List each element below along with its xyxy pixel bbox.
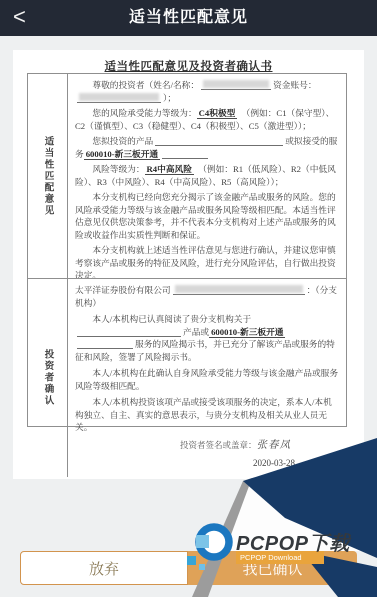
paragraph-independent-decision: 本人/本机构投资该项产品或接受该项服务的决定，系本人/本机构独立、自主、真实的意… bbox=[75, 396, 339, 434]
paragraph-self-confirm: 本人/本机构在此确认自身风险承受能力等级与该金融产品或服务风险等级相匹配。 bbox=[75, 367, 339, 392]
service-blank-2 bbox=[77, 338, 133, 349]
page-title: 适当性匹配意见 bbox=[0, 0, 377, 36]
section1-content: 尊敬的投资者（姓名/名称：资金账号：）； 您的风险承受能力等级为：C4积极型 （… bbox=[68, 74, 346, 278]
paragraph-product-risk: 风险等级为：R4中高风险 （例如：R1（低风险）、R2（中低风险）、R3（中风险… bbox=[75, 163, 339, 188]
risk-tolerance-value: C4积极型 bbox=[197, 108, 238, 119]
text-segment: 太平洋证券股份有限公司 bbox=[75, 285, 171, 295]
redacted-account-blank bbox=[77, 92, 161, 103]
section2-content: 太平洋证券股份有限公司：（分支机构） 本人/本机构已认真阅读了贵分支机构关于产品… bbox=[68, 279, 346, 477]
document-card: 适当性匹配意见及投资者确认书 适当性匹配意见 尊敬的投资者（姓名/名称：资金账号… bbox=[13, 50, 364, 479]
back-icon[interactable]: < bbox=[13, 0, 26, 36]
section-investor-confirm: 投资者确认 太平洋证券股份有限公司：（分支机构） 本人/本机构已认真阅读了贵分支… bbox=[28, 279, 346, 477]
text-segment: 您的风险承受能力等级为： bbox=[92, 108, 196, 118]
top-bar: < 适当性匹配意见 bbox=[0, 0, 377, 36]
section-matching-opinion: 适当性匹配意见 尊敬的投资者（姓名/名称：资金账号：）； 您的风险承受能力等级为… bbox=[28, 74, 346, 279]
footer-button-bar: 放弃 我已确认 bbox=[20, 551, 357, 585]
signature-line: 投资者签名或盖章：张春凤 bbox=[75, 438, 339, 453]
text-segment: 尊敬的投资者（姓名/名称： bbox=[92, 80, 199, 90]
service-blank bbox=[162, 148, 208, 159]
text-segment: 风险等级为： bbox=[92, 164, 144, 174]
confirm-button[interactable]: 我已确认 bbox=[188, 551, 357, 585]
text-segment: 资金账号： bbox=[273, 80, 316, 90]
text-segment: ）； bbox=[163, 93, 176, 103]
signature-label: 投资者签名或盖章： bbox=[180, 440, 257, 450]
about-blank bbox=[77, 326, 181, 337]
paragraph-investor: 尊敬的投资者（姓名/名称：资金账号：）； bbox=[75, 79, 339, 104]
section2-label-cell: 投资者确认 bbox=[28, 279, 68, 477]
abandon-button[interactable]: 放弃 bbox=[20, 551, 188, 585]
paragraph-read-disclosure: 本人/本机构已认真阅读了贵分支机构关于产品或600010-新三板开通服务的风险揭… bbox=[75, 313, 339, 363]
paragraph-product: 您拟投资的产品或拟接受的服务600010-新三板开通 bbox=[75, 135, 339, 160]
paragraph-risk-level: 您的风险承受能力等级为：C4积极型 （例如：C1（保守型）、C2（谨慎型）、C3… bbox=[75, 107, 339, 132]
text-segment: 本人/本机构已认真阅读了贵分支机构关于 bbox=[92, 314, 251, 324]
document-title: 适当性匹配意见及投资者确认书 bbox=[13, 58, 364, 74]
paragraph-disclosure: 本分支机构已经向您充分揭示了该金融产品或服务的风险。您的风险承受能力等级与该金融… bbox=[75, 191, 339, 241]
text-segment: 产品或 bbox=[183, 327, 209, 337]
document-table: 适当性匹配意见 尊敬的投资者（姓名/名称：资金账号：）； 您的风险承受能力等级为… bbox=[27, 73, 347, 427]
product-risk-value: R4中高风险 bbox=[145, 164, 194, 175]
section1-label: 适当性匹配意见 bbox=[41, 136, 55, 217]
redacted-name-blank bbox=[201, 79, 271, 90]
text-segment: 您拟投资的产品 bbox=[92, 136, 153, 146]
service-value: 600010-新三板开通 bbox=[84, 149, 160, 160]
paragraph-company: 太平洋证券股份有限公司：（分支机构） bbox=[75, 284, 339, 309]
investor-signature-value: 张春凤 bbox=[257, 440, 292, 451]
pcpop-logo-square-icon bbox=[196, 535, 209, 548]
section1-label-cell: 适当性匹配意见 bbox=[28, 74, 68, 278]
paragraph-confirmation-advice: 本分支机构就上述适当性评估意见与您进行确认，并建议您审慎考察该产品或服务的特征及… bbox=[75, 244, 339, 278]
service-value-2: 600010-新三板开通 bbox=[209, 327, 285, 338]
section2-label: 投资者确认 bbox=[41, 349, 55, 407]
redacted-branch-blank bbox=[173, 284, 305, 295]
section2-date: 2020-03-28 bbox=[75, 457, 339, 470]
product-blank bbox=[155, 135, 283, 146]
